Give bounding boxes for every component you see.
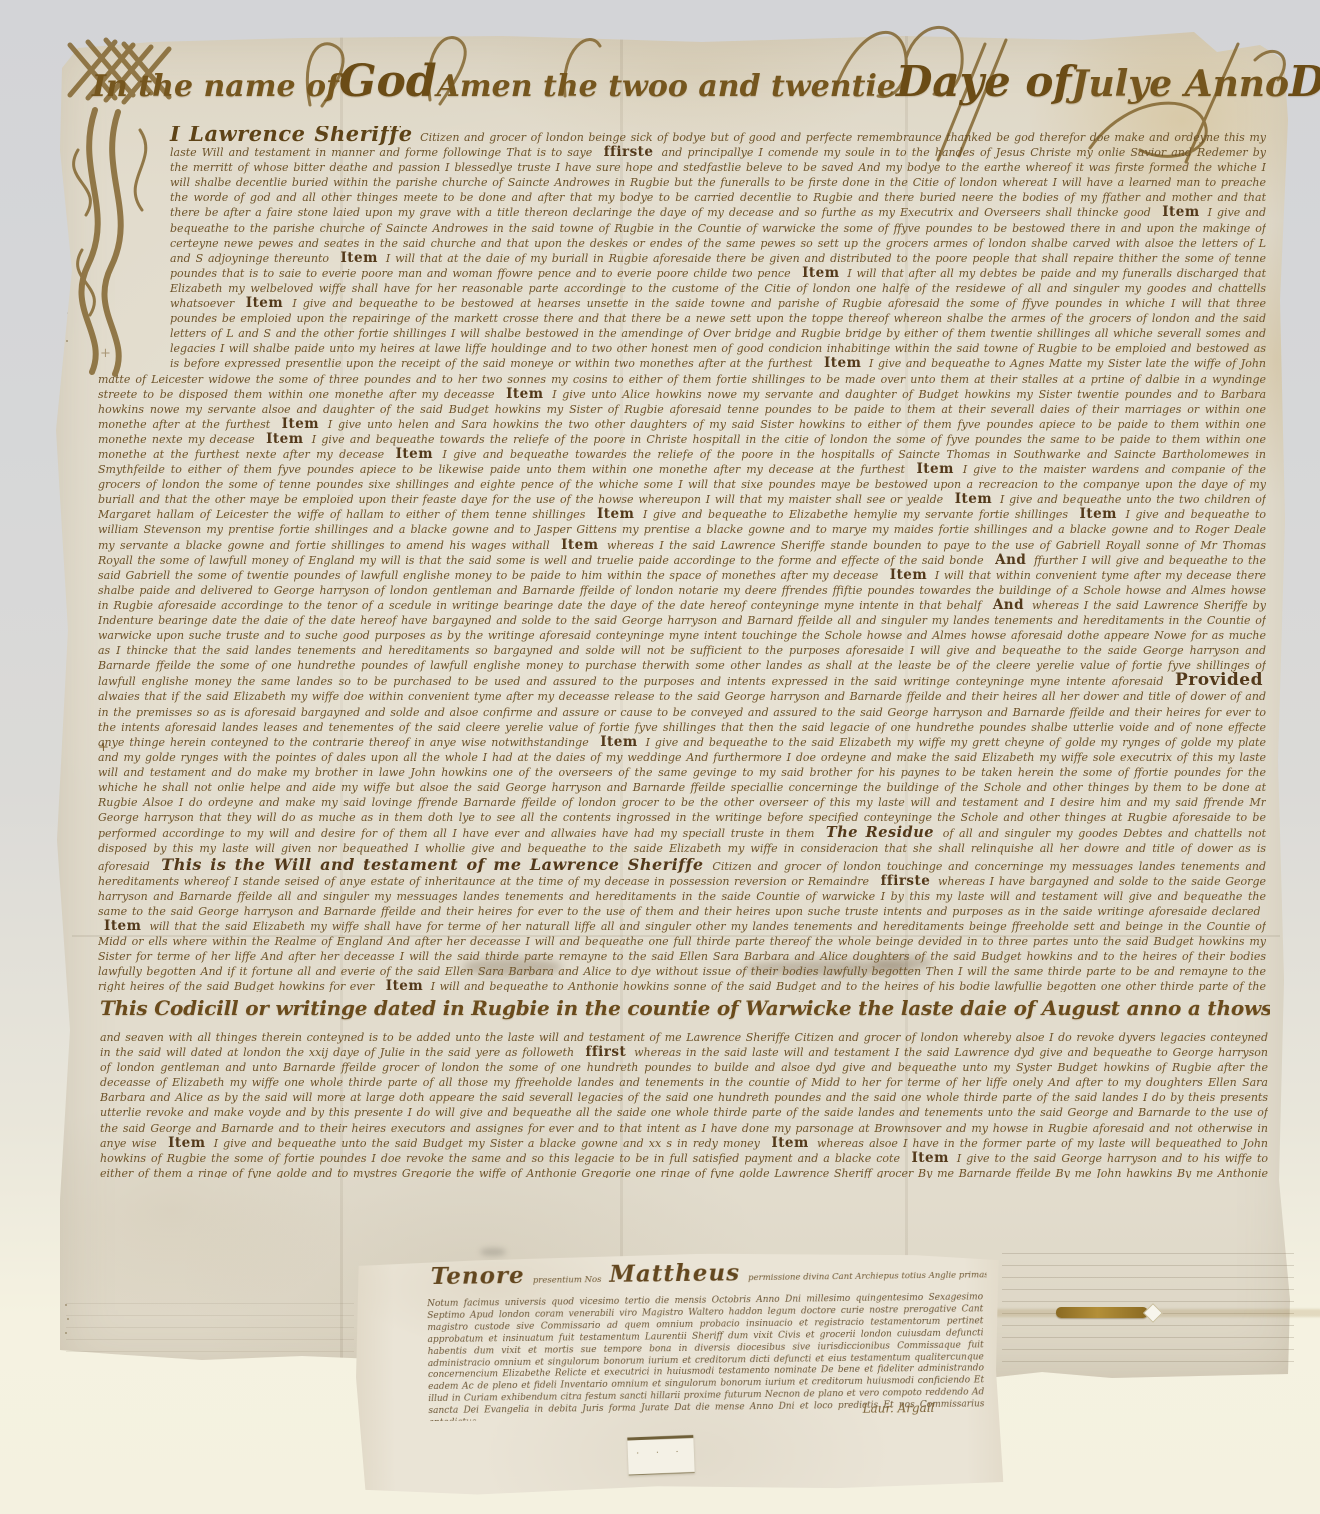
paragraph-marker: Item [380, 978, 426, 992]
heading-word-anno: Dm 1567. [1289, 57, 1320, 106]
paragraph-marker: Item [162, 1135, 208, 1151]
paragraph-marker: Item [796, 265, 842, 281]
paragraph-marker: Item [390, 446, 436, 462]
paragraph-marker: I Lawrence Sheriffe [170, 126, 416, 146]
paragraph-marker: Item [884, 567, 930, 583]
heading-word-daye: Daye of [896, 57, 1071, 106]
strapwork-initial-space [98, 126, 170, 370]
probate-slip: Tenore presentium Nos Mattheus permissio… [355, 1250, 1006, 1498]
paragraph-marker: Item [594, 734, 640, 750]
paragraph-marker: And [989, 552, 1029, 568]
margin-cross-mark: + [98, 740, 109, 755]
paragraph-marker: Item [905, 1150, 951, 1166]
registrar-signature: Laur. Argall [863, 1401, 935, 1416]
paragraph-marker: Item [1074, 506, 1120, 522]
paragraph-marker: Item [765, 1135, 811, 1151]
paragraph-marker: Item [555, 537, 601, 553]
codicil-body-text: and seaven with all thinges therein cont… [100, 1030, 1268, 1178]
paragraph-marker: ffirst [580, 1044, 630, 1060]
paragraph-marker: The Residue [820, 824, 937, 841]
heading-word-julye: Julye Anno [1071, 63, 1289, 105]
smudge-mark [480, 1248, 506, 1256]
slip-words-small: presentium Nos [533, 1275, 602, 1286]
archive-label: · · · [627, 1435, 694, 1476]
pricking-mark [64, 326, 66, 328]
paragraph-marker: Item [260, 431, 306, 447]
paragraph-marker: ffirste [598, 144, 657, 160]
paragraph-marker: ffirste [875, 873, 934, 889]
slip-word-mattheus: Mattheus [609, 1259, 740, 1288]
ruled-lines [1002, 1242, 1294, 1370]
pricking-mark [66, 312, 68, 314]
paragraph-marker: Item [98, 918, 144, 934]
paragraph-marker: Item [500, 386, 546, 402]
heading-part: In the name of [92, 69, 339, 104]
paragraph-marker: Item [910, 461, 956, 477]
margin-cross-mark: + [100, 346, 111, 361]
paragraph-marker: This is the Will and testament of me Law… [155, 855, 706, 874]
paragraph-marker: Item [949, 491, 995, 507]
photograph-background: In the name of God Amen the twoo and twe… [0, 0, 1320, 1514]
slip-word-tenore: Tenore [431, 1262, 525, 1290]
heading-line: In the name of God Amen the twoo and twe… [92, 56, 1284, 130]
label-dots: · · · [628, 1447, 694, 1460]
will-body-text: I Lawrence Sheriffe Citizen and grocer o… [98, 126, 1266, 992]
paragraph-marker: Item [1156, 204, 1202, 220]
heading-word-god: God [339, 56, 437, 107]
pricking-mark [64, 298, 66, 300]
heading-part: Amen the twoo and twentie [437, 69, 896, 104]
seal-tag [1056, 1307, 1148, 1318]
ruled-lines [66, 1292, 354, 1358]
paragraph-marker: Item [276, 416, 322, 432]
paragraph-marker: Provided [1169, 670, 1266, 690]
paragraph-marker: Item [818, 355, 864, 371]
codicil-heading: This Codicill or writinge dated in Rugbi… [100, 996, 1270, 1028]
paragraph-marker: Item [591, 506, 637, 522]
paragraph-marker: Item [334, 250, 380, 266]
paragraph-marker: And [987, 597, 1027, 613]
paragraph-marker: Item [240, 295, 286, 311]
slip-heading-rest: permissione divina Cant Archiepus totius… [748, 1269, 987, 1283]
pricking-mark [66, 340, 68, 342]
